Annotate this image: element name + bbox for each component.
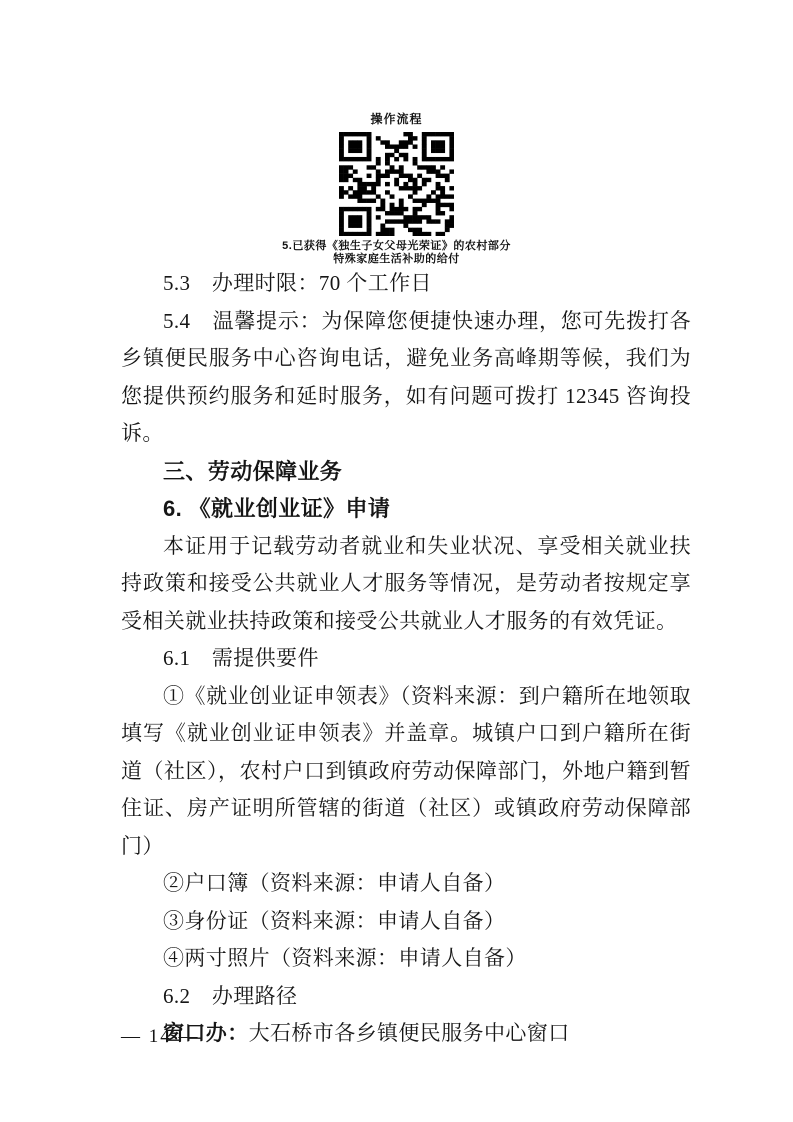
requirement-item-1: ①《就业创业证申领表》（资料来源：到户籍所在地领取填写《就业创业证申领表》并盖章… — [121, 678, 691, 866]
page-number: — 14 — — [121, 1026, 200, 1048]
document-page: 操作流程 5.已获得《独生子女父母光荣证》的农村部分 特殊家庭生活补助的给付 5… — [0, 0, 793, 1122]
qr-caption: 5.已获得《独生子女父母光荣证》的农村部分 特殊家庭生活补助的给付 — [282, 240, 511, 266]
qr-code-icon — [339, 132, 454, 236]
qr-section: 操作流程 5.已获得《独生子女父母光荣证》的农村部分 特殊家庭生活补助的给付 — [0, 112, 793, 266]
para-window-channel: 窗口办：大石桥市各乡镇便民服务中心窗口 — [121, 1015, 691, 1053]
requirement-item-3: ③身份证（资料来源：申请人自备） — [121, 903, 691, 941]
qr-label: 操作流程 — [370, 112, 422, 126]
para-6-1-requirements: 6.1 需提供要件 — [121, 640, 691, 678]
document-body: 5.3 办理时限：70 个工作日 5.4 温馨提示：为保障您便捷快速办理，您可先… — [121, 265, 691, 1053]
para-5-4-tips: 5.4 温馨提示：为保障您便捷快速办理，您可先拨打各乡镇便民服务中心咨询电话，避… — [121, 303, 691, 453]
qr-caption-line1: 5.已获得《独生子女父母光荣证》的农村部分 — [282, 240, 511, 253]
requirement-item-4: ④两寸照片（资料来源：申请人自备） — [121, 940, 691, 978]
para-6-2-path: 6.2 办理路径 — [121, 978, 691, 1016]
requirement-item-2: ②户口簿（资料来源：申请人自备） — [121, 865, 691, 903]
window-channel-text: 大石桥市各乡镇便民服务中心窗口 — [249, 1021, 570, 1045]
para-cert-intro: 本证用于记载劳动者就业和失业状况、享受相关就业扶持政策和接受公共就业人才服务等情… — [121, 528, 691, 641]
para-5-3-time-limit: 5.3 办理时限：70 个工作日 — [121, 265, 691, 303]
section-heading-labor: 三、劳动保障业务 — [121, 453, 691, 491]
section-heading-cert-application: 6. 《就业创业证》申请 — [121, 490, 691, 528]
